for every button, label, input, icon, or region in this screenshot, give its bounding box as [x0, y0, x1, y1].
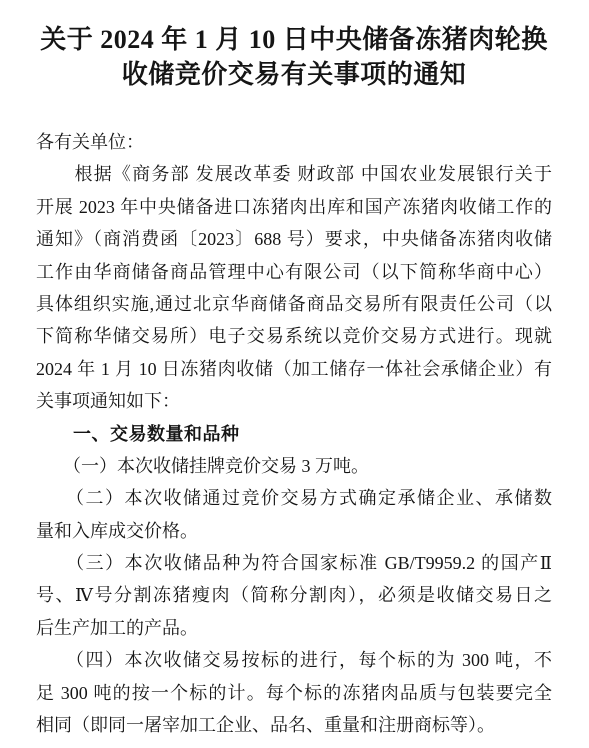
text-line: 下简称华储交易所）电子交易系统以竞价交易方式进行。现就	[36, 320, 552, 352]
text-line: 相同（即同一屠宰加工企业、品名、重量和注册商标等）。	[36, 709, 552, 741]
text-line: 量和入库成交价格。	[36, 515, 552, 547]
text-line: （二）本次收储通过竞价交易方式确定承储企业、承储数	[36, 482, 552, 514]
text-line: 各有关单位：	[36, 126, 552, 158]
document-page: 关于 2024 年 1 月 10 日中央储备冻猪肉轮换 收储竞价交易有关事项的通…	[0, 0, 589, 748]
text-line: 后生产加工的产品。	[36, 612, 552, 644]
document-title: 关于 2024 年 1 月 10 日中央储备冻猪肉轮换 收储竞价交易有关事项的通…	[36, 22, 552, 92]
text-line: 通知》（商消费函〔2023〕688 号）要求，中央储备冻猪肉收储	[36, 223, 552, 255]
document-body: 各有关单位： 根据《商务部 发展改革委 财政部 中国农业发展银行关于开展 202…	[36, 126, 552, 741]
text-line: 具体组织实施,通过北京华商储备商品交易所有限责任公司（以	[36, 288, 552, 320]
text-line: 关事项通知如下：	[36, 385, 552, 417]
section-heading: 一、交易数量和品种	[36, 418, 552, 450]
text-line: 根据《商务部 发展改革委 财政部 中国农业发展银行关于	[36, 158, 552, 190]
text-line: （四）本次收储交易按标的进行，每个标的为 300 吨，不	[36, 644, 552, 676]
text-line: （三）本次收储品种为符合国家标准 GB/T9959.2 的国产Ⅱ	[36, 547, 552, 579]
text-line: 开展 2023 年中央储备进口冻猪肉出库和国产冻猪肉收储工作的	[36, 191, 552, 223]
document-title-line-2: 收储竞价交易有关事项的通知	[36, 57, 552, 92]
text-line: 号、Ⅳ号分割冻猪瘦肉（简称分割肉），必须是收储交易日之	[36, 579, 552, 611]
text-line: 足 300 吨的按一个标的计。每个标的冻猪肉品质与包装要完全	[36, 677, 552, 709]
text-line: （一）本次收储挂牌竞价交易 3 万吨。	[36, 450, 552, 482]
text-line: 工作由华商储备商品管理中心有限公司（以下简称华商中心）	[36, 256, 552, 288]
document-title-line-1: 关于 2024 年 1 月 10 日中央储备冻猪肉轮换	[36, 22, 552, 57]
text-line: 2024 年 1 月 10 日冻猪肉收储（加工储存一体社会承储企业）有	[36, 353, 552, 385]
